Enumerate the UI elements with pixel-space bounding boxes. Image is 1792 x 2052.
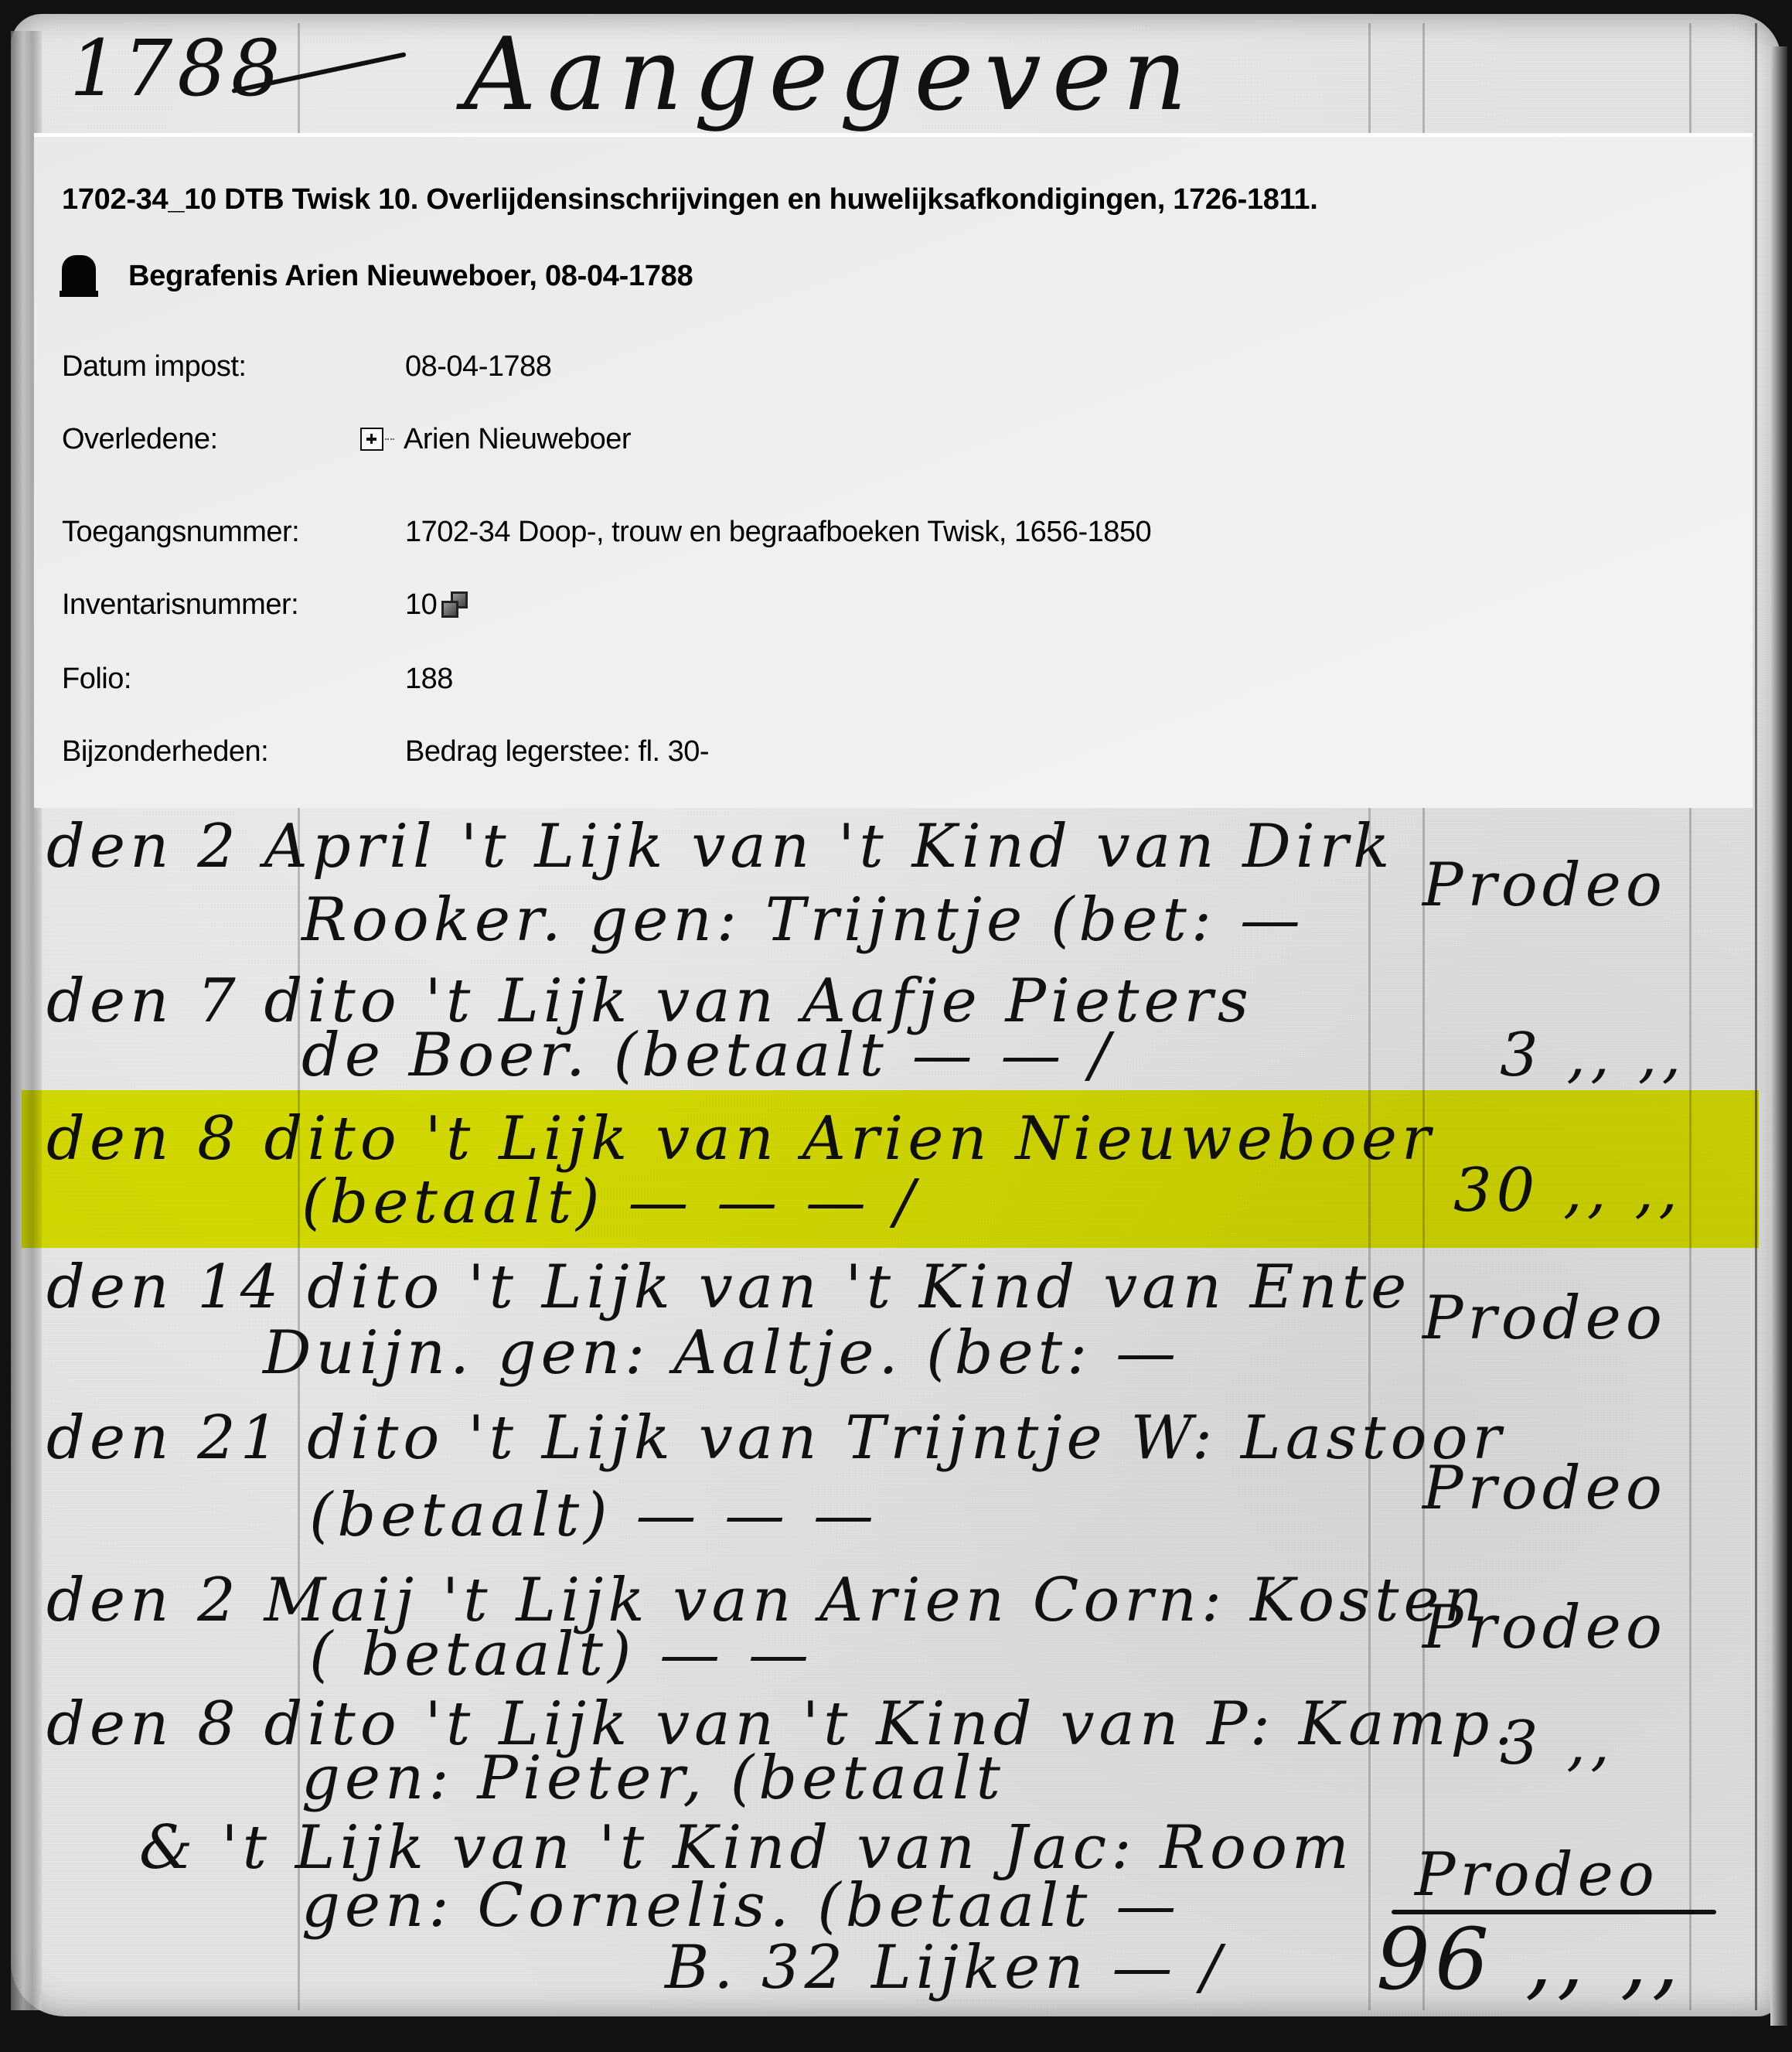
field-value: 08-04-1788 <box>405 350 551 383</box>
field-bijzonderheden: Bijzonderheden: Bedrag legerstee: fl. 30… <box>62 732 709 771</box>
manuscript-line: Prodeo <box>1415 1840 1659 1910</box>
manuscript-line: gen: Cornelis. (betaalt — <box>302 1871 1180 1941</box>
column-rule <box>1755 23 1757 2010</box>
field-datum-impost: Datum impost: 08-04-1788 <box>62 347 551 386</box>
field-value: 1702-34 Doop-, trouw en begraafboeken Tw… <box>405 516 1151 549</box>
field-toegangsnummer: Toegangsnummer: 1702-34 Doop-, trouw en … <box>62 513 1151 551</box>
manuscript-line: den 2 April 't Lijk van 't Kind van Dirk <box>46 812 1394 881</box>
person-name-link[interactable]: Arien Nieuweboer <box>404 423 631 456</box>
manuscript-line: 3 ,, ,, <box>1500 1021 1685 1090</box>
field-label: Folio: <box>62 663 405 696</box>
manuscript-line: Prodeo <box>1422 1283 1667 1353</box>
manuscript-year-heading: 1788 <box>70 23 285 114</box>
manuscript-total: 96 ,, ,, <box>1376 1910 1684 2009</box>
manuscript-line: 3 ,, <box>1500 1709 1614 1778</box>
record-heading: Begrafenis Arien Nieuweboer, 08-04-1788 <box>62 253 693 299</box>
open-in-new-window-icon[interactable] <box>440 590 469 619</box>
field-value-wrapper: 10 <box>405 588 469 622</box>
field-inventarisnummer: Inventarisnummer: 10 <box>62 585 469 624</box>
record-title: Begrafenis Arien Nieuweboer, 08-04-1788 <box>128 260 693 293</box>
field-label: Datum impost: <box>62 350 405 383</box>
manuscript-line: (betaalt) — — — <box>309 1481 878 1550</box>
page-edge-right <box>1770 46 1787 2026</box>
field-value: 188 <box>405 663 453 696</box>
expand-plus-icon[interactable] <box>360 428 383 451</box>
gravestone-icon <box>62 255 96 297</box>
manuscript-line: de Boer. (betaalt — — / <box>302 1021 1114 1090</box>
manuscript-line: Prodeo <box>1422 850 1667 920</box>
inventory-number: 10 <box>405 588 437 622</box>
manuscript-line: Prodeo <box>1422 1454 1667 1523</box>
manuscript-line: Rooker. gen: Trijntje (bet: — <box>302 885 1305 955</box>
record-info-panel: 1702-34_10 DTB Twisk 10. Overlijdensinsc… <box>34 133 1753 808</box>
record-highlight <box>22 1090 1759 1248</box>
field-label: Overledene: <box>62 423 405 456</box>
field-folio: Folio: 188 <box>62 660 453 698</box>
manuscript-line: den 14 dito 't Lijk van 't Kind van Ente <box>46 1253 1411 1322</box>
manuscript-page-heading: Aangegeven <box>464 15 1198 133</box>
manuscript-line: ( betaalt) — — <box>309 1620 813 1689</box>
field-label: Inventarisnummer: <box>62 588 405 622</box>
manuscript-line: gen: Pieter, (betaalt <box>302 1744 1005 1813</box>
field-label: Bijzonderheden: <box>62 735 405 769</box>
field-overledene: Overledene: Arien Nieuweboer <box>62 420 631 458</box>
manuscript-line: Duijn. gen: Aaltje. (bet: — <box>263 1318 1180 1388</box>
field-value: Bedrag legerstee: fl. 30- <box>405 735 709 769</box>
tree-connector <box>385 438 394 440</box>
archive-title: 1702-34_10 DTB Twisk 10. Overlijdensinsc… <box>62 183 1317 216</box>
manuscript-line: B. 32 Lijken — / <box>665 1933 1225 2003</box>
field-value-wrapper: Arien Nieuweboer <box>405 423 631 456</box>
manuscript-line: Prodeo <box>1422 1593 1667 1662</box>
window-square <box>441 601 458 618</box>
manuscript-line: den 21 dito 't Lijk van Trijntje W: Last… <box>46 1403 1506 1473</box>
field-label: Toegangsnummer: <box>62 516 405 549</box>
